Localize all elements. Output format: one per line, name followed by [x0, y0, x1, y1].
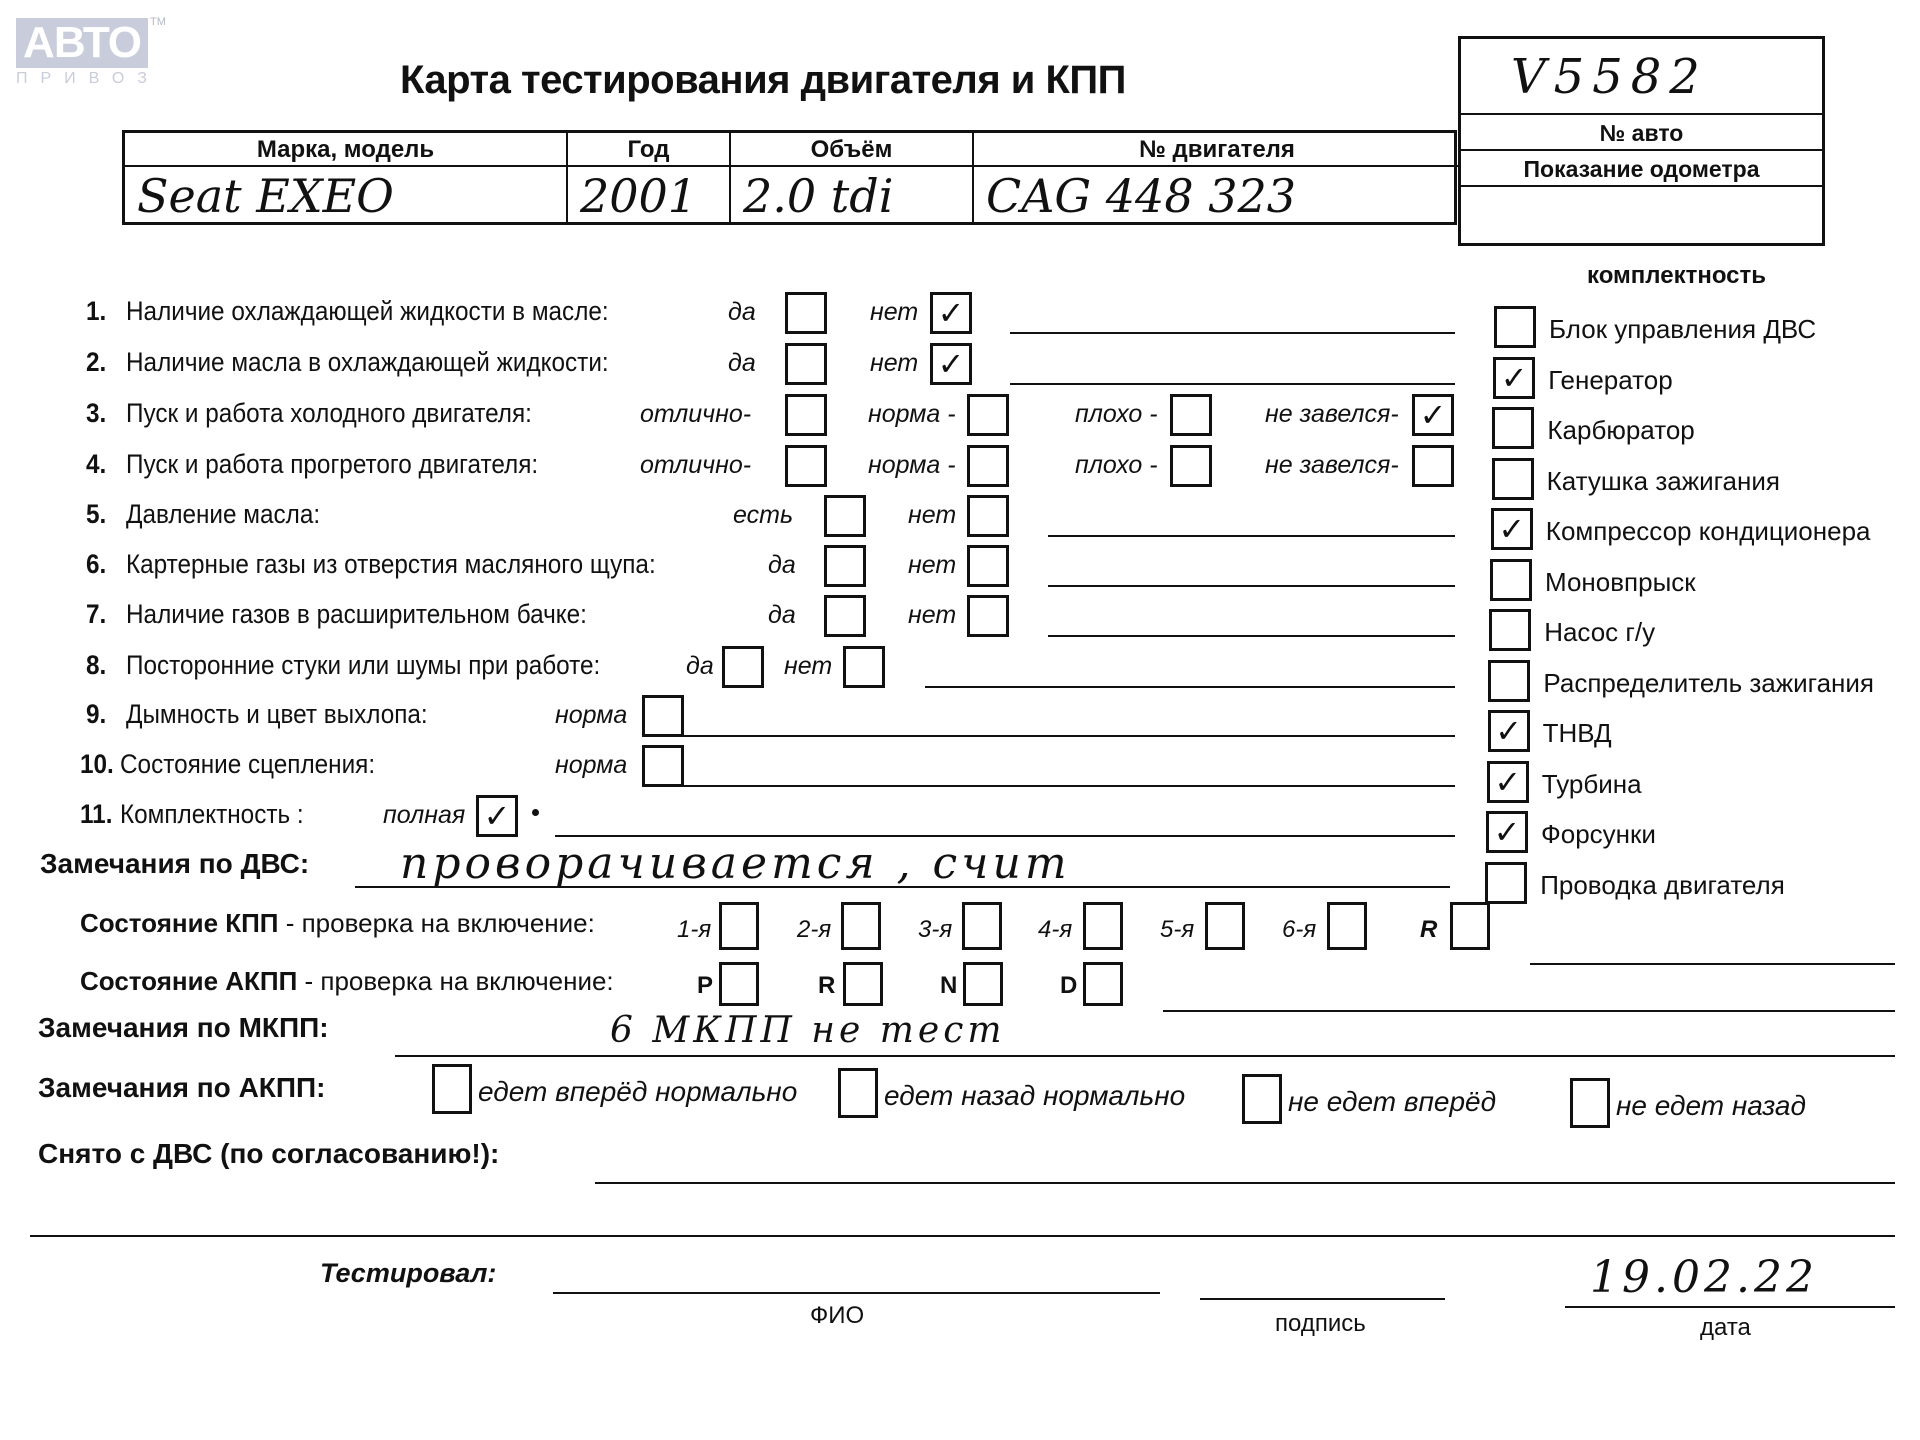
engine-remarks-field[interactable]: проворачивается , счит	[400, 838, 1071, 889]
sign-field[interactable]	[1200, 1265, 1445, 1295]
auto-remark-label: едет назад нормально	[884, 1080, 1185, 1112]
auto-remarks-label: Замечания по АКПП:	[38, 1072, 325, 1104]
option-checkbox[interactable]	[967, 545, 1009, 587]
logo: АВТО	[16, 18, 148, 68]
removed-label: Снято с ДВС (по согласованию!):	[38, 1138, 499, 1170]
odometer-field[interactable]	[1461, 187, 1822, 245]
answer-line	[1010, 332, 1455, 334]
option-label: да	[728, 349, 756, 378]
gear-label: 6-я	[1282, 916, 1316, 944]
option-label: да	[686, 652, 714, 681]
auto-number-field[interactable]: V5582	[1461, 39, 1822, 115]
logo-subtitle: ПРИВОЗ	[16, 70, 148, 88]
completeness-label: Проводка двигателя	[1540, 870, 1785, 901]
option-label: норма -	[868, 451, 956, 480]
auto-remark-label: не едет назад	[1616, 1090, 1806, 1122]
completeness-label: Насос г/у	[1544, 617, 1655, 648]
question-text: Наличие охлаждающей жидкости в масле:	[126, 296, 609, 327]
option-label: есть	[733, 501, 793, 530]
completeness-checkbox[interactable]	[1494, 306, 1536, 348]
year-label: Год	[568, 133, 729, 167]
option-checkbox[interactable]	[785, 343, 827, 385]
auto-gearbox-line	[1163, 1010, 1895, 1012]
completeness-checkbox[interactable]: ✓	[1488, 710, 1530, 752]
gear-label: 4-я	[1038, 916, 1072, 944]
option-label: норма	[555, 751, 627, 780]
check-mark-icon: ✓	[1494, 511, 1530, 547]
question-number: 6.	[86, 549, 106, 580]
answer-line	[1048, 585, 1455, 587]
gear-checkbox[interactable]	[1205, 902, 1245, 950]
year-cell: Год 2001	[568, 133, 731, 222]
check-mark-icon: ✓	[1489, 814, 1525, 850]
check-mark-icon: ✓	[1490, 764, 1526, 800]
fio-label: ФИО	[810, 1302, 864, 1330]
option-label: нет	[908, 601, 956, 630]
option-label: норма -	[868, 400, 956, 429]
year-field[interactable]: 2001	[568, 167, 729, 225]
logo-trademark: TM	[150, 16, 166, 28]
option-label: плохо -	[1075, 451, 1158, 480]
question-number: 10.	[80, 749, 114, 780]
engine-remarks-line	[355, 886, 1450, 888]
auto-gear-label: P	[697, 972, 713, 1000]
auto-remark-checkbox[interactable]	[1242, 1074, 1282, 1124]
manual-gearbox-line	[1530, 963, 1895, 965]
option-checkbox[interactable]	[785, 292, 827, 334]
auto-gear-label: R	[818, 972, 835, 1000]
completeness-checkbox[interactable]: ✓	[1486, 811, 1528, 853]
auto-gear-label: D	[1060, 972, 1077, 1000]
removed-line-2	[30, 1235, 1895, 1237]
auto-remark-checkbox[interactable]	[838, 1068, 878, 1118]
auto-gearbox-label-bold: Состояние АКПП	[80, 966, 297, 996]
question-text: Пуск и работа холодного двигателя:	[126, 398, 532, 429]
question-text: Состояние сцепления:	[120, 749, 375, 780]
completeness-label: ТНВД	[1543, 718, 1612, 749]
volume-field[interactable]: 2.0 tdi	[731, 167, 972, 225]
completeness-label: Моновпрыск	[1545, 567, 1696, 598]
option-label: не завелся-	[1265, 400, 1399, 429]
option-checkbox[interactable]	[1412, 445, 1454, 487]
option-checkbox[interactable]	[967, 495, 1009, 537]
check-mark-icon: ✓	[933, 295, 969, 331]
gear-checkbox[interactable]	[962, 902, 1002, 950]
answer-line	[1048, 535, 1455, 537]
completeness-checkbox[interactable]: ✓	[1487, 761, 1529, 803]
option-checkbox[interactable]	[824, 545, 866, 587]
auto-gear-label: N	[940, 972, 957, 1000]
completeness-checkbox[interactable]	[1488, 660, 1530, 702]
check-mark-icon: ✓	[479, 798, 515, 834]
question-number: 11.	[80, 799, 112, 830]
completeness-checkbox[interactable]	[1485, 862, 1527, 904]
question-number: 9.	[86, 699, 106, 730]
option-checkbox[interactable]: ✓	[1412, 394, 1454, 436]
question-number: 3.	[86, 398, 106, 429]
auto-gearbox-label-rest: - проверка на включение:	[297, 966, 613, 996]
fio-field[interactable]	[553, 1260, 1160, 1290]
brand-model-field[interactable]: Seat EXEO	[125, 167, 566, 225]
gear-label: 1-я	[677, 916, 711, 944]
option-checkbox[interactable]	[1170, 445, 1212, 487]
gear-label: 2-я	[797, 916, 831, 944]
completeness-title: комплектность	[1587, 262, 1766, 290]
answer-line	[555, 835, 1455, 837]
volume-cell: Объём 2.0 tdi	[731, 133, 974, 222]
gear-label: 3-я	[918, 916, 952, 944]
manual-remarks-field[interactable]: 6 МКПП не тест	[610, 1010, 1006, 1051]
engine-no-field[interactable]: CAG 448 323	[974, 167, 1460, 225]
option-checkbox[interactable]	[824, 495, 866, 537]
page-title: Карта тестирования двигателя и КПП	[400, 58, 1126, 103]
gear-label: 5-я	[1160, 916, 1194, 944]
manual-remarks-label: Замечания по МКПП:	[38, 1012, 329, 1044]
question-text: Комплектность :	[120, 799, 304, 830]
brand-model-label: Марка, модель	[125, 133, 566, 167]
auto-number-label: № авто	[1461, 115, 1822, 151]
option-checkbox[interactable]: ✓	[930, 292, 972, 334]
question-number: 4.	[86, 449, 106, 480]
auto-remark-checkbox[interactable]	[1570, 1078, 1610, 1128]
odometer-label: Показание одометра	[1461, 151, 1822, 187]
manual-remarks-line	[395, 1055, 1895, 1057]
engine-no-cell: № двигателя CAG 448 323	[974, 133, 1460, 222]
option-checkbox[interactable]	[843, 646, 885, 688]
option-label: да	[768, 551, 796, 580]
gear-checkbox[interactable]	[1450, 902, 1490, 950]
option-checkbox[interactable]	[785, 394, 827, 436]
date-line	[1565, 1306, 1895, 1308]
question-text: Давление масла:	[126, 499, 320, 530]
gear-checkbox[interactable]	[1083, 902, 1123, 950]
question-text: Наличие газов в расширительном бачке:	[126, 599, 587, 630]
completeness-checkbox[interactable]	[1490, 559, 1532, 601]
option-label: норма	[555, 701, 627, 730]
completeness-label: Катушка зажигания	[1547, 466, 1780, 497]
answer-line	[1048, 635, 1455, 637]
tested-by-label: Тестировал:	[320, 1258, 496, 1289]
answer-line	[684, 735, 1455, 737]
engine-no-label: № двигателя	[974, 133, 1460, 167]
removed-line-1	[595, 1182, 1895, 1184]
option-checkbox[interactable]: ✓	[930, 343, 972, 385]
option-checkbox[interactable]	[967, 595, 1009, 637]
option-label: плохо -	[1075, 400, 1158, 429]
completeness-label: Карбюратор	[1547, 415, 1694, 446]
question-number: 5.	[86, 499, 106, 530]
sign-label: подпись	[1275, 1310, 1366, 1338]
completeness-checkbox[interactable]	[1492, 407, 1534, 449]
option-checkbox[interactable]	[824, 595, 866, 637]
check-mark-icon: ✓	[933, 346, 969, 382]
gear-checkbox[interactable]	[719, 902, 759, 950]
option-label: нет	[870, 349, 918, 378]
option-label: полная	[383, 801, 465, 830]
brand-model-cell: Марка, модель Seat EXEO	[125, 133, 568, 222]
option-checkbox[interactable]	[967, 445, 1009, 487]
dot-mark	[532, 809, 539, 816]
answer-line	[1010, 383, 1455, 385]
option-label: отлично-	[640, 451, 751, 480]
option-checkbox[interactable]	[1170, 394, 1212, 436]
auto-remark-label: едет вперёд нормально	[478, 1076, 797, 1108]
completeness-checkbox[interactable]: ✓	[1491, 508, 1533, 550]
auto-number-box: V5582 № авто Показание одометра	[1458, 36, 1825, 246]
completeness-label: Турбина	[1542, 769, 1642, 800]
option-label: нет	[908, 501, 956, 530]
check-mark-icon: ✓	[1496, 360, 1532, 396]
auto-remark-label: не едет вперёд	[1288, 1086, 1496, 1118]
option-label: нет	[870, 298, 918, 327]
check-mark-icon: ✓	[1415, 397, 1451, 433]
option-checkbox[interactable]: ✓	[476, 795, 518, 837]
manual-gearbox-label-rest: - проверка на включение:	[279, 908, 595, 938]
date-label: дата	[1700, 1314, 1751, 1342]
gear-checkbox[interactable]	[841, 902, 881, 950]
sign-line	[1200, 1298, 1445, 1300]
auto-gear-checkbox[interactable]	[963, 962, 1003, 1006]
question-text: Картерные газы из отверстия масляного щу…	[126, 549, 656, 580]
option-label: нет	[908, 551, 956, 580]
auto-gear-checkbox[interactable]	[843, 962, 883, 1006]
completeness-label: Генератор	[1548, 365, 1673, 396]
question-number: 1.	[86, 296, 106, 327]
fio-line	[553, 1292, 1160, 1294]
question-number: 8.	[86, 650, 106, 681]
check-mark-icon: ✓	[1491, 713, 1527, 749]
option-checkbox[interactable]	[722, 646, 764, 688]
option-checkbox[interactable]	[642, 695, 684, 737]
completeness-label: Блок управления ДВС	[1549, 314, 1816, 345]
answer-line	[684, 785, 1455, 787]
option-checkbox[interactable]	[642, 745, 684, 787]
completeness-label: Форсунки	[1541, 819, 1656, 850]
date-field[interactable]: 19.02.22	[1590, 1252, 1818, 1303]
completeness-checkbox[interactable]	[1492, 458, 1534, 500]
completeness-checkbox[interactable]: ✓	[1493, 357, 1535, 399]
volume-label: Объём	[731, 133, 972, 167]
manual-gearbox-label-bold: Состояние КПП	[80, 908, 279, 938]
option-label: не завелся-	[1265, 451, 1399, 480]
option-checkbox[interactable]	[785, 445, 827, 487]
answer-line	[925, 686, 1455, 688]
question-text: Наличие масла в охлаждающей жидкости:	[126, 347, 609, 378]
question-number: 2.	[86, 347, 106, 378]
question-text: Посторонние стуки или шумы при работе:	[126, 650, 600, 681]
gear-checkbox[interactable]	[1327, 902, 1367, 950]
option-label: нет	[784, 652, 832, 681]
completeness-checkbox[interactable]	[1489, 609, 1531, 651]
question-text: Дымность и цвет выхлопа:	[126, 699, 428, 730]
option-label: да	[768, 601, 796, 630]
auto-gear-checkbox[interactable]	[1083, 962, 1123, 1006]
option-label: да	[728, 298, 756, 327]
gear-label: R	[1420, 916, 1437, 944]
completeness-label: Компрессор кондиционера	[1546, 516, 1871, 547]
question-text: Пуск и работа прогретого двигателя:	[126, 449, 538, 480]
auto-gear-checkbox[interactable]	[719, 962, 759, 1006]
engine-remarks-label: Замечания по ДВС:	[40, 848, 309, 880]
manual-gearbox-label: Состояние КПП - проверка на включение:	[80, 908, 595, 939]
option-checkbox[interactable]	[967, 394, 1009, 436]
vehicle-info-table: Марка, модель Seat EXEO Год 2001 Объём 2…	[122, 130, 1457, 225]
auto-gearbox-label: Состояние АКПП - проверка на включение:	[80, 966, 614, 997]
option-label: отлично-	[640, 400, 751, 429]
auto-remark-checkbox[interactable]	[432, 1064, 472, 1114]
completeness-label: Распределитель зажигания	[1543, 668, 1874, 699]
question-number: 7.	[86, 599, 106, 630]
